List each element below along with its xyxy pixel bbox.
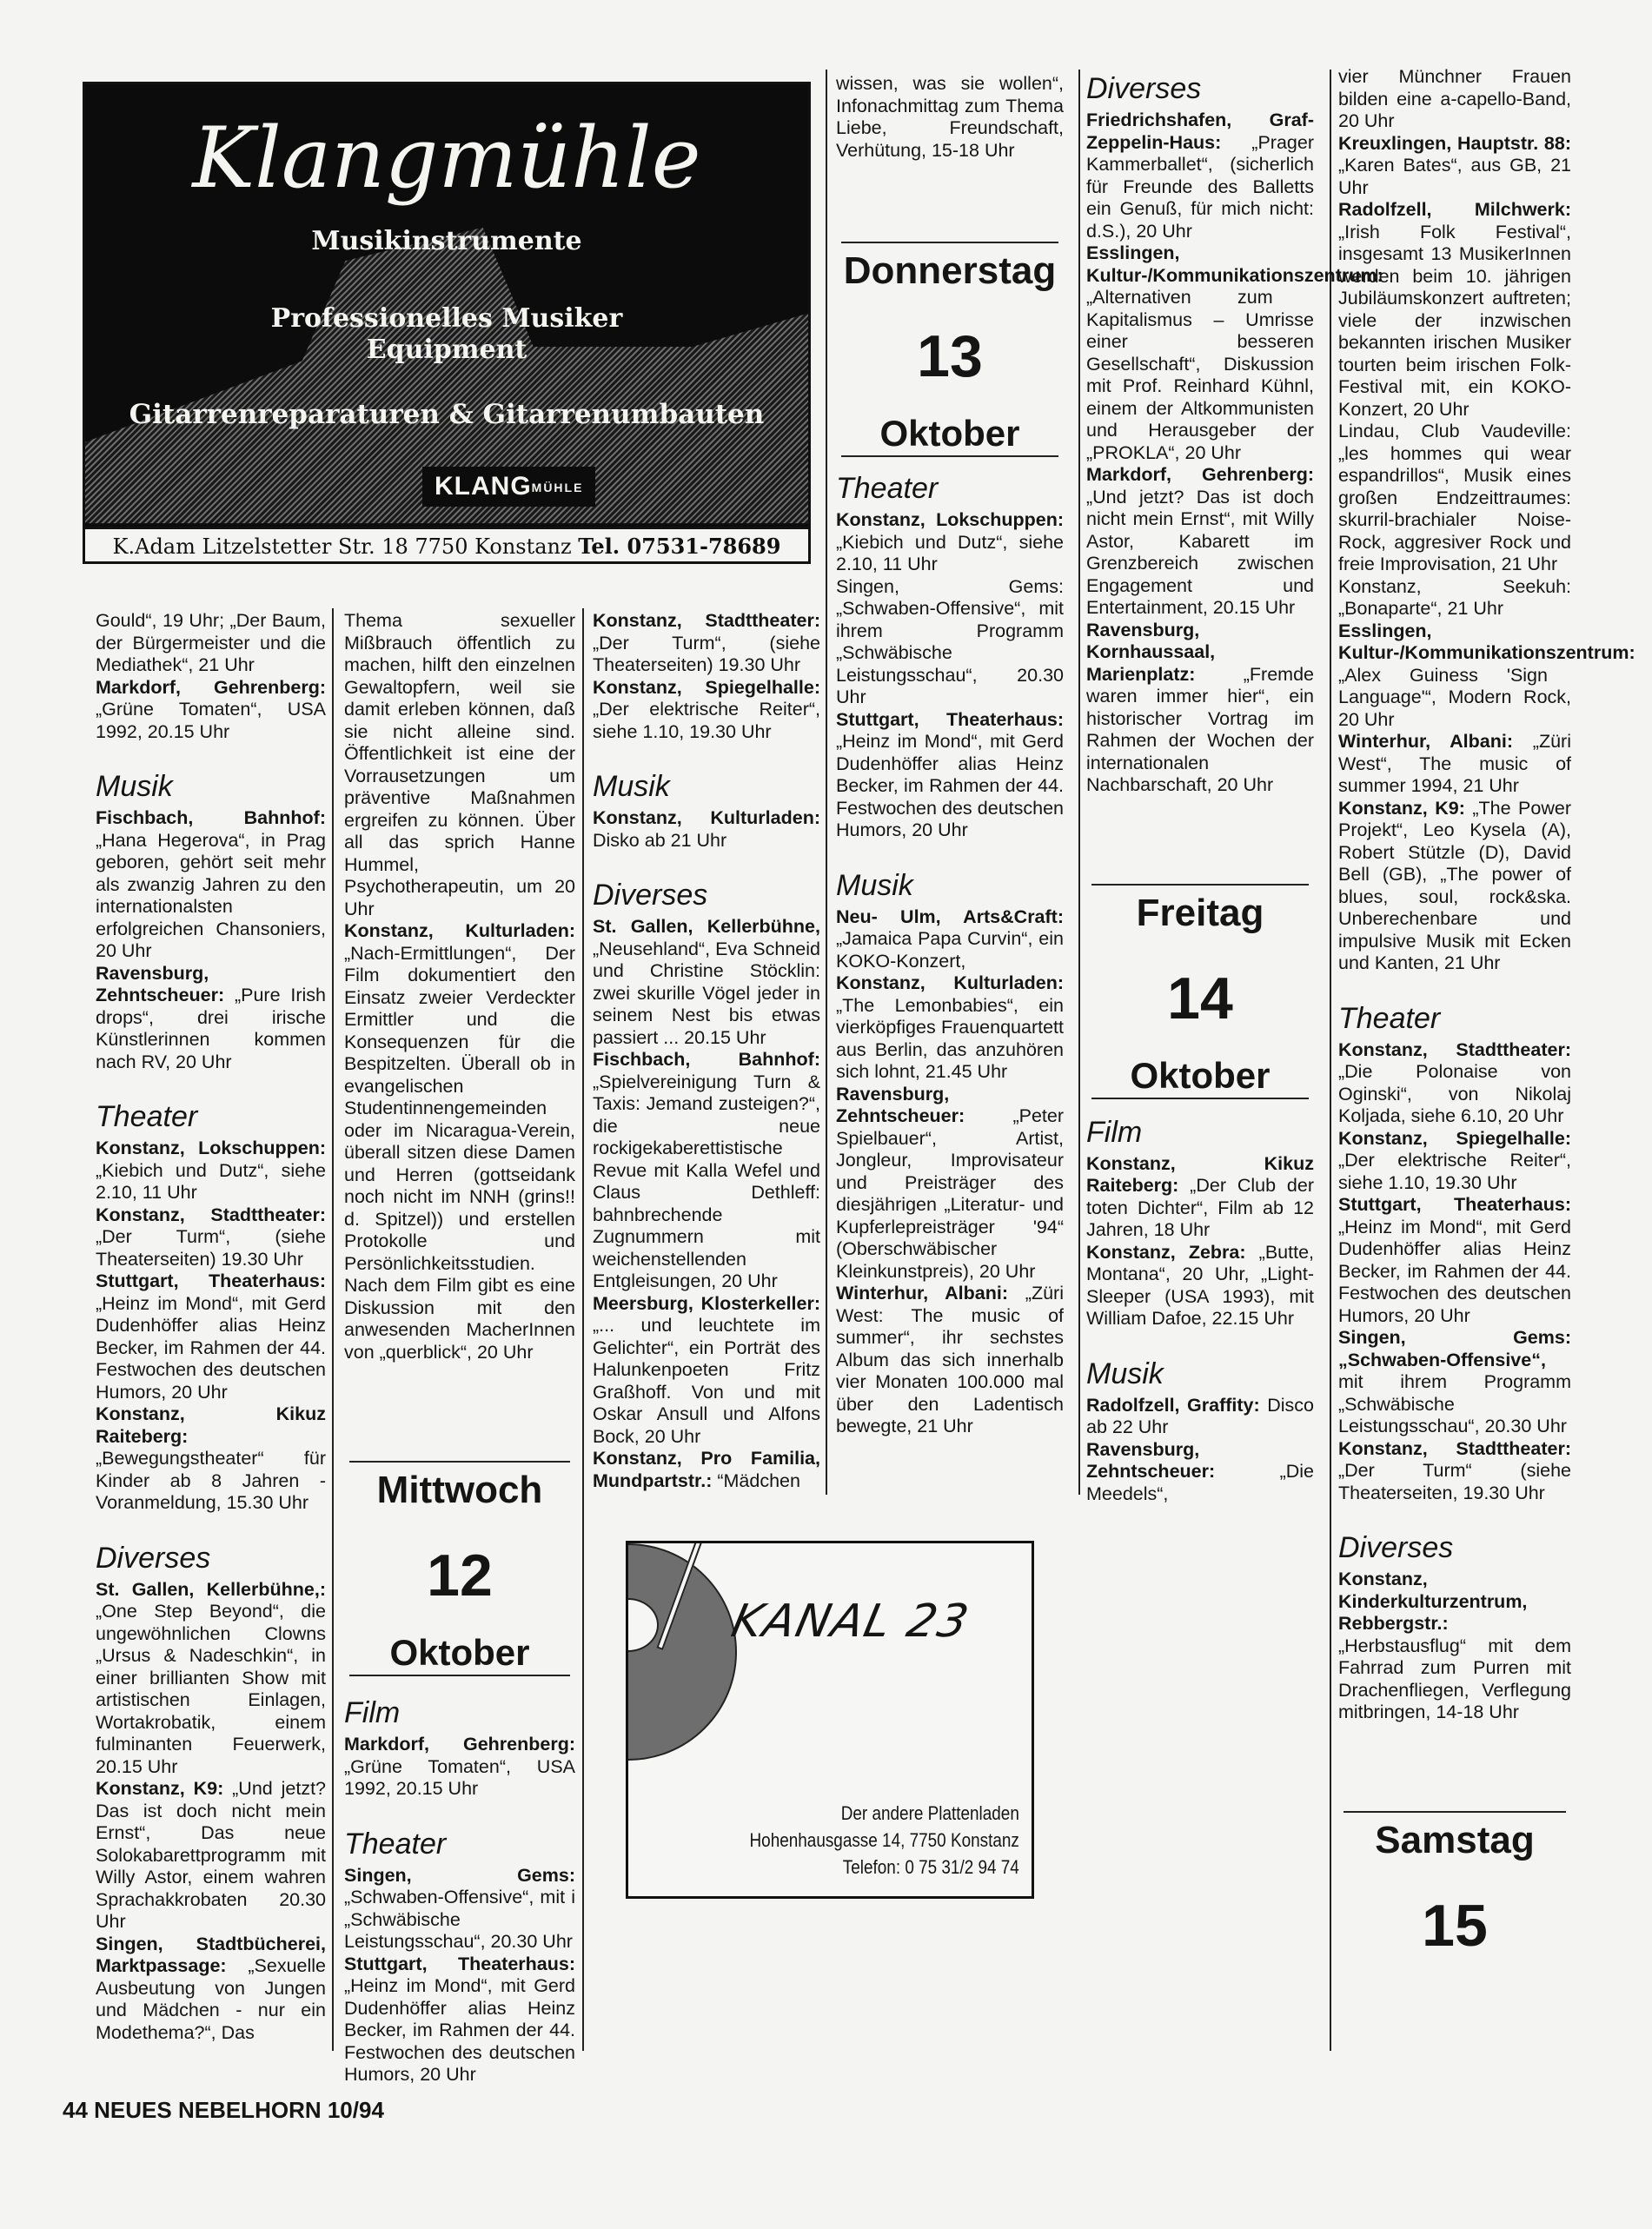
listing: Konstanz, K9: „Und jetzt? Das ist doch n… <box>96 1778 326 1934</box>
listing-text: mit ihrem Programm „Schwäbische Leistung… <box>1338 1371 1571 1436</box>
listing-venue: Stuttgart, Theaterhaus: <box>344 1954 575 1974</box>
listing-text: “Mädchen <box>712 1470 800 1491</box>
day-name: Donnerstag <box>836 247 1064 295</box>
listing: vier Münchner Frauen bilden eine a-capel… <box>1338 66 1571 133</box>
listing-text: „Züri West: The music of summer“, ihr se… <box>836 1283 1064 1436</box>
column-6: vier Münchner Frauen bilden eine a-capel… <box>1338 66 1571 1960</box>
listing-text: Singen, Gems: „Schwaben-Offensive“, mit … <box>836 576 1064 708</box>
divider-rule <box>1091 1098 1309 1099</box>
column-divider <box>332 608 334 2051</box>
section-heading: Musik <box>593 769 820 804</box>
day-number: 12 <box>344 1541 575 1610</box>
listing: Kreuxlingen, Hauptstr. 88: „Karen Bates“… <box>1338 133 1571 200</box>
listing-venue: Konstanz, K9: <box>96 1778 223 1799</box>
listing-venue: Stuttgart, Theaterhaus: <box>836 709 1064 730</box>
listing: Ravensburg, Zehntscheuer: „Pure Irish dr… <box>96 963 326 1074</box>
listing: Radolfzell, Graffity: Disco ab 22 Uhr <box>1086 1395 1314 1439</box>
listing-venue: Stuttgart, Theaterhaus: <box>1338 1194 1571 1215</box>
ad-address: Hohenhausgasse 14, 7750 Konstanz <box>750 1827 1019 1854</box>
day-name: Mittwoch <box>344 1466 575 1515</box>
listing-venue: Konstanz, Lokschuppen: <box>836 509 1064 530</box>
column-divider <box>582 608 584 2051</box>
listing-venue: Konstanz, Kulturladen: <box>344 920 575 941</box>
day-month: Oktober <box>836 412 1064 455</box>
listing: Konstanz, Kulturladen: „Nach-Ermittlunge… <box>344 920 575 1363</box>
listing-text: „Schwaben-Offensive“, mit i „Schwäbische… <box>344 1887 575 1952</box>
divider-rule <box>349 1675 570 1676</box>
listing-text: „Heinz im Mond“, mit Gerd Dudenhöffer al… <box>96 1293 326 1403</box>
section-heading: Diverses <box>96 1541 326 1576</box>
day-number: 14 <box>1086 964 1314 1033</box>
logo-main: KLANG <box>435 472 532 501</box>
listing-text: „Kiebich und Dutz“, siehe 2.10, 11 Uhr <box>836 532 1064 575</box>
listing-venue: Ravensburg, Zehntscheuer: <box>836 1084 965 1127</box>
listing-text: Lindau, Club Vaudeville: „les hommes qui… <box>1338 421 1571 574</box>
column-divider <box>1330 70 1331 2051</box>
listing: Radolfzell, Milchwerk: „Irish Folk Festi… <box>1338 199 1571 421</box>
day-header-saturday: Samstag 15 <box>1338 1811 1571 1960</box>
column-1: Gould“, 19 Uhr; „Der Baum, der Bürgermei… <box>96 610 326 2044</box>
column-divider <box>1078 70 1080 1495</box>
divider-rule <box>1343 1811 1566 1813</box>
listing-text: „Alex Guiness 'Sign Language'“, Modern R… <box>1338 665 1571 730</box>
listing-text: „Neusehland“, Eva Schneid und Christine … <box>593 939 820 1048</box>
listing: Singen, Gems: „Schwaben-Offensive“, mit … <box>836 576 1064 709</box>
listing: Esslingen, Kultur-/Kommunikationszentrum… <box>1338 620 1571 732</box>
listing-text: „Spielvereinigung Turn & Taxis: Jemand z… <box>593 1071 820 1292</box>
listing-venue: St. Gallen, Kellerbühne,: <box>96 1579 326 1600</box>
listing-text: „Grüne Tomaten“, USA 1992, 20.15 Uhr <box>344 1756 575 1800</box>
column-2: Thema sexueller Mißbrauch öffentlich zu … <box>344 610 575 2086</box>
listing-text: Gould“, 19 Uhr; „Der Baum, der Bürgermei… <box>96 610 326 675</box>
ad-line-equipment-b: Equipment <box>367 335 527 365</box>
listing-text: „Kiebich und Dutz“, siehe 2.10, 11 Uhr <box>96 1160 326 1204</box>
listing-venue: Stuttgart, Theaterhaus: <box>96 1270 326 1291</box>
listing-venue: Konstanz, Kulturladen: <box>836 972 1064 993</box>
listing: Fischbach, Bahnhof: „Hana Hegerova“, in … <box>96 807 326 963</box>
listing: Konstanz, Lokschuppen: „Kiebich und Dutz… <box>836 509 1064 576</box>
listing-text: „The Power Projekt“, Leo Kysela (A), Rob… <box>1338 798 1571 974</box>
listing: Thema sexueller Mißbrauch öffentlich zu … <box>344 610 575 920</box>
listing-text: „Bewegungstheater“ für Kinder ab 8 Jahre… <box>96 1448 326 1513</box>
listing: Fischbach, Bahnhof: „Spielvereinigung Tu… <box>593 1049 820 1293</box>
klangmuehle-logo-icon: KLANGMÜHLE <box>422 467 595 507</box>
listing-venue: Konstanz, Zebra: <box>1086 1242 1246 1263</box>
day-header-friday: Freitag 14 Oktober <box>1086 884 1314 1099</box>
listing: Konstanz, Stadttheater: „Die Polonaise v… <box>1338 1039 1571 1128</box>
listing-venue: Konstanz, Kikuz Raiteberg: <box>96 1403 326 1447</box>
listing-venue: Konstanz, Spiegelhalle: <box>1338 1128 1571 1149</box>
section-heading: Musik <box>1086 1357 1314 1391</box>
listing-venue: Konstanz, Kinderkulturzentrum, Rebbergst… <box>1338 1569 1527 1634</box>
listing-text: „Nach-Ermittlungen“, Der Film dokumentie… <box>344 943 575 1363</box>
listing: Stuttgart, Theaterhaus: „Heinz im Mond“,… <box>836 709 1064 842</box>
listing-text: „Heinz im Mond“, mit Gerd Dudenhöffer al… <box>344 1975 575 2085</box>
listing: Konstanz, Kulturladen: „The Lemonbabies“… <box>836 972 1064 1084</box>
day-number: 15 <box>1338 1891 1571 1960</box>
listing: Markdorf, Gehrenberg: „Grüne Tomaten“, U… <box>344 1734 575 1801</box>
section-heading: Theater <box>344 1827 575 1861</box>
section-heading: Diverses <box>1086 71 1314 106</box>
ad-line-equipment-a: Professionelles Musiker <box>271 303 623 334</box>
listing: Konstanz, Stadttheater: „Der Turm“, (sie… <box>96 1204 326 1271</box>
listing-text: „The Lemonbabies“, ein vierköpfiges Frau… <box>836 995 1064 1083</box>
ad-line-instruments: Musikinstrumente <box>85 226 808 256</box>
listing-venue: Konstanz, Stadttheater: <box>1338 1039 1571 1060</box>
listing-text: Konstanz, Seekuh: „Bonaparte“, 21 Uhr <box>1338 576 1571 620</box>
ad-phone: Tel. 07531-78689 <box>578 534 780 559</box>
listing: Markdorf, Gehrenberg: „Grüne Tomaten“, U… <box>96 677 326 744</box>
day-name: Freitag <box>1086 889 1314 938</box>
listing: Konstanz, Lokschuppen: „Kiebich und Dutz… <box>96 1138 326 1204</box>
listing-text: vier Münchner Frauen bilden eine a-capel… <box>1338 66 1571 131</box>
listing: St. Gallen, Kellerbühne, „Neusehland“, E… <box>593 916 820 1049</box>
listing-text: „Und jetzt? Das ist doch nicht mein Erns… <box>1086 487 1314 619</box>
ad-address: K.Adam Litzelstetter Str. 18 7750 Konsta… <box>113 534 572 559</box>
listing: Konstanz, Stadttheater: „Der Turm“ (sieh… <box>1338 1438 1571 1505</box>
listing: Neu- Ulm, Arts&Craft: „Jamaica Papa Curv… <box>836 906 1064 973</box>
listing: Ravensburg, Kornhaussaal, Marienplatz: „… <box>1086 620 1314 797</box>
section-heading: Theater <box>1338 1001 1571 1036</box>
listing-text: „Die Polonaise von Oginski“, von Nikolaj… <box>1338 1061 1571 1126</box>
listing-venue: Radolfzell, Milchwerk: <box>1338 199 1571 220</box>
listing-text: Disko ab 21 Uhr <box>593 830 726 851</box>
section-heading: Film <box>344 1695 575 1730</box>
listing-venue: Fischbach, Bahnhof: <box>96 807 326 828</box>
listing-text: wissen, was sie wollen“, Infonachmittag … <box>836 73 1064 161</box>
listing: St. Gallen, Kellerbühne,: „One Step Beyo… <box>96 1579 326 1779</box>
listing: Konstanz, Spiegelhalle: „Der elektrische… <box>1338 1128 1571 1195</box>
ad-phone: Telefon: 0 75 31/2 94 74 <box>750 1854 1019 1881</box>
listing: Singen, Gems: „Schwaben-Offensive“, mit … <box>1338 1327 1571 1438</box>
listing-venue: Konstanz, Spiegelhalle: <box>593 677 820 698</box>
listing: Konstanz, K9: „The Power Projekt“, Leo K… <box>1338 798 1571 975</box>
section-heading: Theater <box>836 471 1064 506</box>
day-month: Oktober <box>1086 1054 1314 1098</box>
listing: wissen, was sie wollen“, Infonachmittag … <box>836 73 1064 162</box>
listing-venue: Markdorf, Gehrenberg: <box>96 677 326 698</box>
ad-brand: KANAL 23 <box>727 1595 975 1648</box>
listing: Gould“, 19 Uhr; „Der Baum, der Bürgermei… <box>96 610 326 677</box>
ad-brand: Klangmühle <box>85 110 808 206</box>
listing: Ravensburg, Zehntscheuer: „Peter Spielba… <box>836 1084 1064 1284</box>
listing: Konstanz, Zebra: „Butte, Montana“, 20 Uh… <box>1086 1242 1314 1330</box>
listing-venue: Konstanz, Stadttheater: <box>593 610 820 631</box>
listing: Stuttgart, Theaterhaus: „Heinz im Mond“,… <box>1338 1194 1571 1327</box>
section-heading: Diverses <box>593 878 820 912</box>
listing-text: „Der elektrische Reiter“, siehe 1.10, 19… <box>593 699 820 742</box>
ad-address-block: Der andere Plattenladen Hohenhausgasse 1… <box>750 1800 1019 1881</box>
listing-venue: Meersburg, Klosterkeller: <box>593 1293 820 1314</box>
column-3: Konstanz, Stadttheater: „Der Turm“, (sie… <box>593 610 820 1492</box>
listing-text: „Peter Spielbauer“, Artist, Jongleur, Im… <box>836 1105 1064 1282</box>
section-heading: Musik <box>96 769 326 804</box>
listing: Winterhur, Albani: „Züri West“, The musi… <box>1338 731 1571 798</box>
listing-venue: St. Gallen, Kellerbühne, <box>593 916 820 937</box>
listing-text: „Grüne Tomaten“, USA 1992, 20.15 Uhr <box>96 699 326 742</box>
listing-text: „Der Turm“, (siehe Theaterseiten) 19.30 … <box>593 633 820 676</box>
listing-text: „Heinz im Mond“, mit Gerd Dudenhöffer al… <box>836 731 1064 840</box>
listing-venue: Konstanz, Stadttheater: <box>1338 1438 1571 1459</box>
listing-venue: Neu- Ulm, Arts&Craft: <box>836 906 1064 927</box>
listing-venue: Konstanz, Kulturladen: <box>593 807 820 828</box>
section-heading: Diverses <box>1338 1530 1571 1565</box>
listing-text: „Irish Folk Festival“, insgesamt 13 Musi… <box>1338 222 1571 420</box>
ad-address-bar: K.Adam Litzelstetter Str. 18 7750 Konsta… <box>85 527 808 561</box>
day-header-thursday: Donnerstag 13 Oktober <box>836 242 1064 457</box>
listing-text: „Jamaica Papa Curvin“, ein KOKO-Konzert, <box>836 928 1064 972</box>
klangmuehle-ad: Klangmühle Musikinstrumente Professionel… <box>83 82 811 564</box>
listing-venue: Markdorf, Gehrenberg: <box>1086 464 1314 485</box>
section-heading: Film <box>1086 1115 1314 1150</box>
section-heading: Musik <box>836 868 1064 903</box>
listing-text: „One Step Beyond“, die ungewöhnlichen Cl… <box>96 1601 326 1777</box>
listing-text: „Heinz im Mond“, mit Gerd Dudenhöffer al… <box>1338 1217 1571 1326</box>
listing-text: Thema sexueller Mißbrauch öffentlich zu … <box>344 610 575 919</box>
listing: Stuttgart, Theaterhaus: „Heinz im Mond“,… <box>96 1270 326 1403</box>
divider-rule <box>841 455 1058 457</box>
listing-text: „Der elektrische Reiter“, siehe 1.10, 19… <box>1338 1150 1571 1193</box>
page-footer: 44 NEUES NEBELHORN 10/94 <box>63 2097 384 2124</box>
ad-line-repairs: Gitarrenreparaturen & Gitarrenumbauten <box>85 399 808 430</box>
listing-venue: Winterhur, Albani: <box>1338 731 1513 752</box>
listing-venue: Kreuxlingen, Hauptstr. 88: <box>1338 133 1571 154</box>
listing-venue: Singen, Gems: <box>344 1865 575 1886</box>
listing: Konstanz, Seekuh: „Bonaparte“, 21 Uhr <box>1338 576 1571 620</box>
logo-sub: MÜHLE <box>532 481 584 494</box>
listing-text: „Herbstausflug“ mit dem Fahrrad zum Purr… <box>1338 1635 1571 1723</box>
listing-text: „Der Turm“, (siehe Theaterseiten) 19.30 … <box>96 1226 326 1270</box>
divider-rule <box>841 242 1058 243</box>
listing: Friedrichshafen, Graf-Zeppelin-Haus: „Pr… <box>1086 109 1314 242</box>
day-month: Oktober <box>344 1631 575 1675</box>
listing-venue: Winterhur, Albani: <box>836 1283 1008 1304</box>
listing: Konstanz, Stadttheater: „Der Turm“, (sie… <box>593 610 820 677</box>
listing: Konstanz, Pro Familia, Mundpartstr.: “Mä… <box>593 1448 820 1492</box>
listing-text: „... und leuchtete im Gelichter“, ein Po… <box>593 1315 820 1447</box>
listing: Singen, Stadtbücherei, Marktpassage: „Se… <box>96 1934 326 2045</box>
listing-venue: Konstanz, Stadttheater: <box>96 1204 326 1225</box>
listing-venue: Singen, Gems: „Schwaben-Offensive“, <box>1338 1327 1571 1370</box>
listing: Markdorf, Gehrenberg: „Und jetzt? Das is… <box>1086 464 1314 620</box>
listing: Meersburg, Klosterkeller: „... und leuch… <box>593 1293 820 1449</box>
day-header-wednesday: Mittwoch 12 Oktober <box>344 1461 575 1676</box>
listing-venue: Konstanz, Lokschuppen: <box>96 1138 326 1158</box>
listing: Konstanz, Kulturladen: Disko ab 21 Uhr <box>593 807 820 852</box>
column-5: Diverses Friedrichshafen, Graf-Zeppelin-… <box>1086 71 1314 1505</box>
listing-text: „Hana Hegerova“, in Prag geboren, gehört… <box>96 830 326 962</box>
ad-tagline: Der andere Plattenladen <box>750 1800 1019 1827</box>
day-name: Samstag <box>1338 1816 1571 1865</box>
listing-venue: Markdorf, Gehrenberg: <box>344 1734 575 1755</box>
listing: Konstanz, Kinderkulturzentrum, Rebbergst… <box>1338 1569 1571 1724</box>
listing-venue: Esslingen, Kultur-/Kommunikationszentrum… <box>1338 620 1635 664</box>
divider-rule <box>349 1461 570 1463</box>
listing: Lindau, Club Vaudeville: „les hommes qui… <box>1338 421 1571 576</box>
listing-venue: Konstanz, K9: <box>1338 798 1465 819</box>
kanal23-ad: KANAL 23 Der andere Plattenladen Hohenha… <box>626 1541 1034 1899</box>
divider-rule <box>1091 884 1309 886</box>
listing-text: „Und jetzt? Das ist doch nicht mein Erns… <box>96 1778 326 1932</box>
section-heading: Theater <box>96 1099 326 1134</box>
listing: Konstanz, Spiegelhalle: „Der elektrische… <box>593 677 820 744</box>
day-number: 13 <box>836 322 1064 391</box>
listing: Esslingen, Kultur-/Kommunikationszentrum… <box>1086 242 1314 464</box>
listing-text: „Der Turm“ (siehe Theaterseiten, 19.30 U… <box>1338 1460 1571 1503</box>
listing: Singen, Gems: „Schwaben-Offensive“, mit … <box>344 1865 575 1954</box>
listing-venue: Fischbach, Bahnhof: <box>593 1049 820 1070</box>
listing-text: „Karen Bates“, aus GB, 21 Uhr <box>1338 155 1571 198</box>
listing: Konstanz, Kikuz Raiteberg: „Der Club der… <box>1086 1153 1314 1242</box>
column-divider <box>826 70 827 1495</box>
listing: Ravensburg, Zehntscheuer: „Die Meedels“, <box>1086 1439 1314 1506</box>
listing-text: „Alternativen zum Kapitalismus – Umrisse… <box>1086 287 1314 463</box>
ad-line-equipment: Professionelles MusikerEquipment <box>85 303 808 366</box>
vinyl-record-icon <box>626 1543 737 1761</box>
listing: Konstanz, Kikuz Raiteberg: „Bewegungsthe… <box>96 1403 326 1515</box>
listing: Stuttgart, Theaterhaus: „Heinz im Mond“,… <box>344 1954 575 2086</box>
column-4: wissen, was sie wollen“, Infonachmittag … <box>836 73 1064 1438</box>
listing-venue: Ravensburg, Zehntscheuer: <box>96 963 224 1006</box>
listing-venue: Radolfzell, Graffity: <box>1086 1395 1260 1416</box>
listing: Winterhur, Albani: „Züri West: The music… <box>836 1283 1064 1438</box>
listing-venue: Ravensburg, Zehntscheuer: <box>1086 1439 1215 1483</box>
